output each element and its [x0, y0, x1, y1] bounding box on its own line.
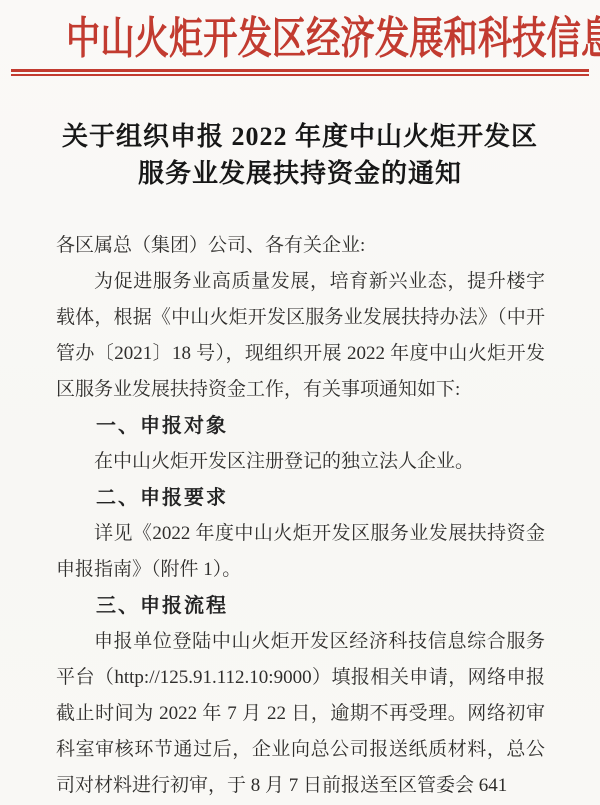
document-page: 中山火炬开发区经济发展和科技信息局 关于组织申报 2022 年度中山火炬开发区 … [0, 0, 600, 805]
agency-name: 中山火炬开发区经济发展和科技信息局 [66, 14, 534, 64]
paragraph: 在中山火炬开发区注册登记的独立法人企业。 [56, 444, 545, 480]
paragraph: 详见《2022 年度中山火炬开发区服务业发展扶持资金申报指南》（附件 1）。 [56, 516, 545, 588]
letterhead-rule [11, 69, 589, 76]
paragraph: 申报单位登陆中山火炬开发区经济科技信息综合服务平台（http://125.91.… [56, 624, 545, 804]
section-heading: 二、申报要求 [56, 480, 545, 516]
document-body: 各区属总（集团）公司、各有关企业:为促进服务业高质量发展，培育新兴业态，提升楼宇… [56, 228, 545, 804]
letterhead: 中山火炬开发区经济发展和科技信息局 [0, 0, 600, 76]
title-line-2: 服务业发展扶持资金的通知 [0, 155, 600, 192]
title-line-1: 关于组织申报 2022 年度中山火炬开发区 [0, 118, 600, 155]
section-heading: 一、申报对象 [56, 408, 545, 444]
paragraph: 为促进服务业高质量发展，培育新兴业态，提升楼宇载体，根据《中山火炬开发区服务业发… [56, 264, 545, 408]
document-title: 关于组织申报 2022 年度中山火炬开发区 服务业发展扶持资金的通知 [0, 118, 600, 192]
section-heading: 三、申报流程 [56, 588, 545, 624]
salutation: 各区属总（集团）公司、各有关企业: [56, 228, 545, 264]
